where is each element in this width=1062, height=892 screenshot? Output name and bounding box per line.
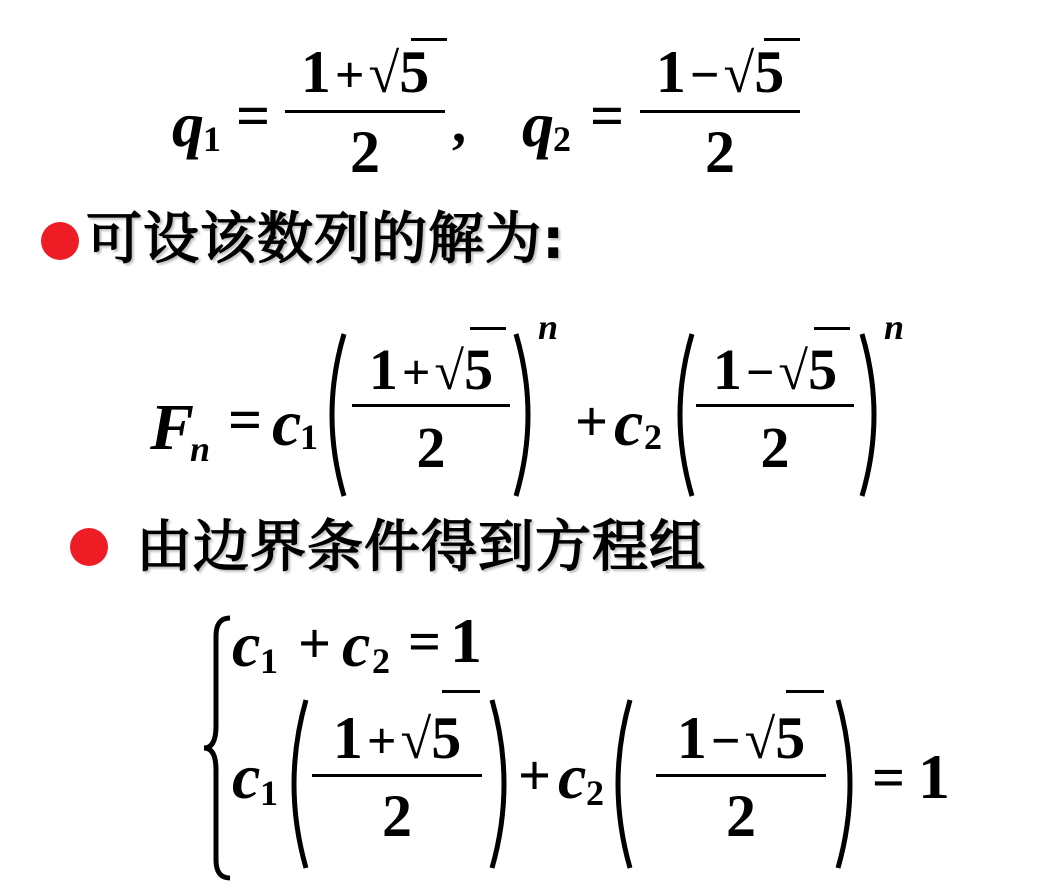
left-paren-icon <box>318 330 348 500</box>
bullet-dot-icon <box>70 528 108 566</box>
plus-sign: + <box>575 388 608 455</box>
fraction-denominator: 2 <box>656 784 826 848</box>
c2-coef: c <box>558 740 586 814</box>
fraction-bar <box>352 404 510 407</box>
numerator-one: 1 <box>301 39 331 105</box>
exponent-n: n <box>884 306 904 348</box>
fraction-denominator: 2 <box>312 784 482 848</box>
c1-coef: c <box>272 386 301 462</box>
fraction-bar <box>696 404 854 407</box>
term1-denominator: 2 <box>352 416 510 480</box>
plus-sign: + <box>363 713 401 770</box>
c1-coef: c <box>232 608 260 682</box>
numerator-one: 1 <box>713 337 742 402</box>
rhs-value: 1 <box>918 740 950 814</box>
term2-numerator: 1−√5 <box>696 338 854 404</box>
q2-var: q <box>522 88 554 162</box>
q1-subscript: 1 <box>203 118 221 160</box>
c1-subscript: 1 <box>260 640 278 682</box>
right-paren-icon <box>834 696 864 872</box>
Fn-var: F <box>150 390 194 466</box>
radicand-value: 5 <box>464 337 493 402</box>
term2-denominator: 2 <box>696 416 854 480</box>
plus-sign: + <box>518 742 551 809</box>
q1-fraction: 1+√5 2 <box>285 40 445 180</box>
radicand: 5 <box>754 40 784 104</box>
c1-coef: c <box>232 740 260 814</box>
q2-equals: = <box>590 82 624 151</box>
radicand-value: 5 <box>399 39 429 105</box>
plus-sign: + <box>298 610 331 677</box>
sqrt-icon: √ <box>744 709 775 771</box>
left-paren-icon <box>666 330 696 500</box>
sqrt-overline <box>442 690 480 693</box>
numerator-one: 1 <box>333 705 363 771</box>
fraction-bar <box>656 774 826 777</box>
equals-sign: = <box>228 386 262 455</box>
c1-subscript: 1 <box>260 772 278 814</box>
right-paren-icon <box>858 330 888 500</box>
numerator-one: 1 <box>677 705 707 771</box>
equals-sign: = <box>408 608 441 675</box>
sqrt-icon: √ <box>400 709 431 771</box>
right-paren-icon <box>488 696 518 872</box>
sqrt-overline <box>411 38 447 41</box>
radicand-value: 5 <box>808 337 837 402</box>
sqrt-icon: √ <box>778 341 808 401</box>
fraction-bar <box>285 110 445 113</box>
q1-var: q <box>172 88 204 162</box>
rhs-value: 1 <box>450 604 482 678</box>
comma-separator: , <box>452 92 466 156</box>
fraction-bar <box>312 774 482 777</box>
eq2-fraction-1: 1+√5 2 <box>312 688 482 858</box>
sqrt-overline <box>470 327 506 330</box>
sqrt-icon: √ <box>434 341 464 401</box>
numerator-one: 1 <box>656 39 686 105</box>
sqrt-overline <box>814 327 850 330</box>
minus-sign: − <box>707 713 745 770</box>
fraction-numerator: 1−√5 <box>656 706 826 774</box>
numerator-one: 1 <box>369 337 398 402</box>
q1-equals: = <box>236 82 270 151</box>
q2-denominator: 2 <box>640 120 800 184</box>
radicand-value: 5 <box>754 39 784 105</box>
q2-fraction: 1−√5 2 <box>640 40 800 180</box>
plus-sign: + <box>331 47 369 104</box>
exponent-n: n <box>538 306 558 348</box>
term1-numerator: 1+√5 <box>352 338 510 404</box>
c2-subscript: 2 <box>586 772 604 814</box>
c2-subscript: 2 <box>644 416 662 458</box>
minus-sign: − <box>742 344 779 400</box>
equals-sign: = <box>872 744 905 811</box>
bullet-text: 可设该数列的解为: <box>86 204 565 276</box>
right-paren-icon <box>512 330 542 500</box>
c2-subscript: 2 <box>372 640 390 682</box>
left-paren-icon <box>604 696 634 872</box>
sqrt-overline <box>786 690 824 693</box>
radicand: 5 <box>399 40 429 104</box>
c1-subscript: 1 <box>300 416 318 458</box>
radicand-value: 5 <box>431 705 461 771</box>
c2-coef: c <box>342 608 370 682</box>
q1-numerator: 1+√5 <box>285 40 445 108</box>
plus-sign: + <box>398 344 435 400</box>
sqrt-icon: √ <box>368 43 399 105</box>
Fn-subscript: n <box>190 428 210 470</box>
fraction-numerator: 1+√5 <box>312 706 482 774</box>
q2-subscript: 2 <box>553 118 571 160</box>
radicand-value: 5 <box>775 705 805 771</box>
left-paren-icon <box>280 696 310 872</box>
minus-sign: − <box>686 47 724 104</box>
sqrt-icon: √ <box>723 43 754 105</box>
bullet-text: 由边界条件得到方程组 <box>136 512 706 584</box>
q1-denominator: 2 <box>285 120 445 184</box>
bullet-dot-icon <box>41 222 79 260</box>
term1-fraction: 1+√5 2 <box>352 328 510 478</box>
q2-numerator: 1−√5 <box>640 40 800 108</box>
c2-coef: c <box>614 386 643 462</box>
term2-fraction: 1−√5 2 <box>696 328 854 478</box>
fraction-bar <box>640 110 800 113</box>
sqrt-overline <box>764 38 800 41</box>
eq2-fraction-2: 1−√5 2 <box>656 688 826 858</box>
left-brace-icon <box>200 614 234 882</box>
